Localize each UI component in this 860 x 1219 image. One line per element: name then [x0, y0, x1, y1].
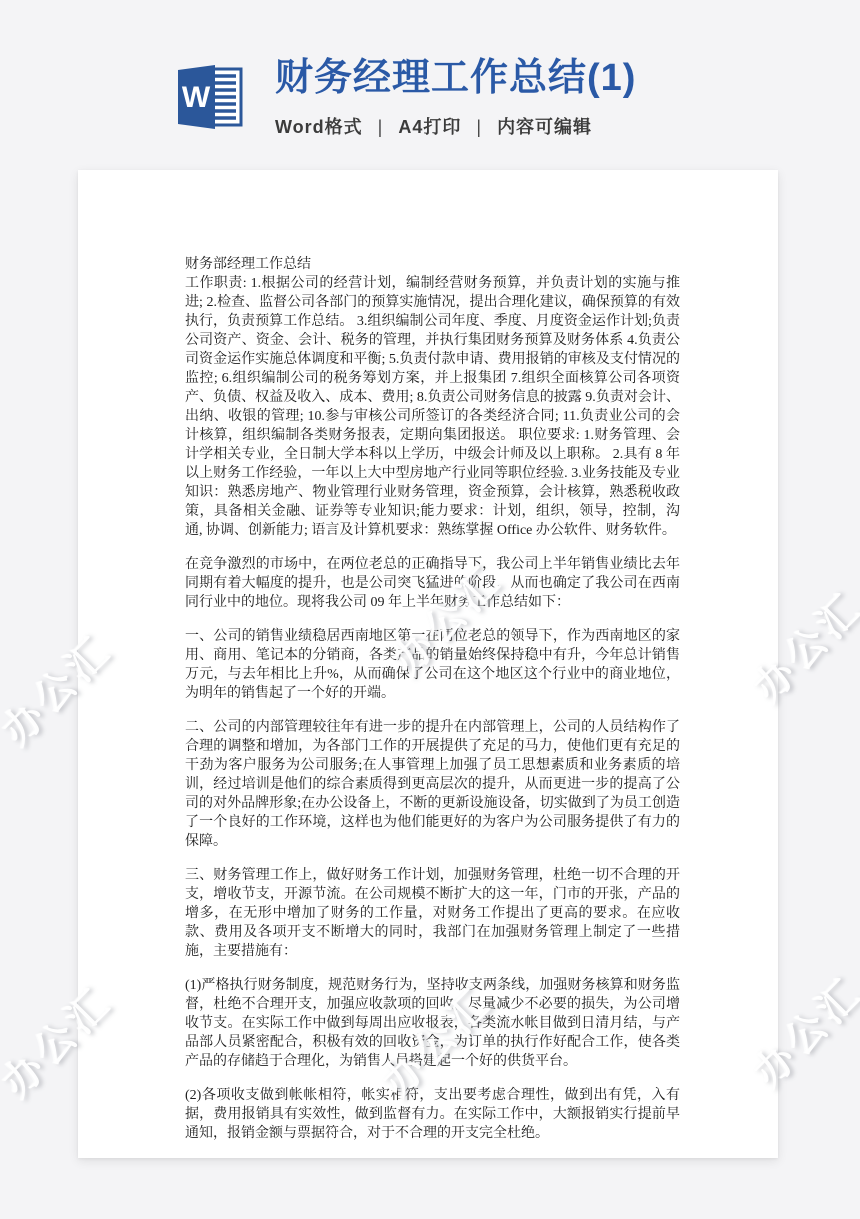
meta-editable: 内容可编辑 — [497, 117, 592, 137]
document-meta: Word格式|A4打印|内容可编辑 — [275, 113, 636, 139]
svg-text:W: W — [182, 81, 211, 114]
doc-paragraph-section-1: 一、公司的销售业绩稳居西南地区第一在两位老总的领导下，作为西南地区的家用、商用、… — [185, 627, 680, 703]
doc-paragraph-section-2: 二、公司的内部管理较往年有进一步的提升在内部管理上，公司的人员结构作了合理的调整… — [185, 718, 680, 851]
doc-paragraph-intro: 在竞争激烈的市场中，在两位老总的正确指导下，我公司上半年销售业绩比去年同期有着大… — [185, 555, 680, 612]
header-text: 财务经理工作总结(1) Word格式|A4打印|内容可编辑 — [275, 58, 636, 139]
page-title[interactable]: 财务经理工作总结(1) — [275, 58, 636, 100]
page-background: 办公汇 办公汇 办公汇 办公汇 办公汇 办公汇 W — [0, 0, 860, 1219]
doc-paragraph-duties: 工作职责: 1.根据公司的经营计划，编制经营财务预算，并负责计划的实施与推进; … — [185, 274, 680, 540]
meta-separator: | — [378, 117, 384, 137]
doc-paragraph-section-3: 三、财务管理工作上，做好财务工作计划，加强财务管理，杜绝一切不合理的开支，增收节… — [185, 866, 680, 961]
document-header: W 财务经理工作总结(1) Word格式|A4打印|内容可编辑 — [175, 58, 636, 139]
document-page: 财务部经理工作总结 工作职责: 1.根据公司的经营计划，编制经营财务预算，并负责… — [78, 170, 778, 1158]
doc-paragraph-measure-1: (1)严格执行财务制度，规范财务行为，坚持收支两条线，加强财务核算和财务监督，杜… — [185, 976, 680, 1071]
word-icon: W — [175, 62, 245, 132]
doc-paragraph-measure-2: (2)各项收支做到帐帐相符，帐实相符，支出要考虑合理性，做到出有凭，入有据，费用… — [185, 1086, 680, 1143]
meta-format: Word格式 — [275, 117, 363, 137]
meta-separator: | — [476, 117, 482, 137]
doc-heading-line: 财务部经理工作总结 — [185, 255, 680, 274]
meta-print: A4打印 — [398, 117, 461, 137]
